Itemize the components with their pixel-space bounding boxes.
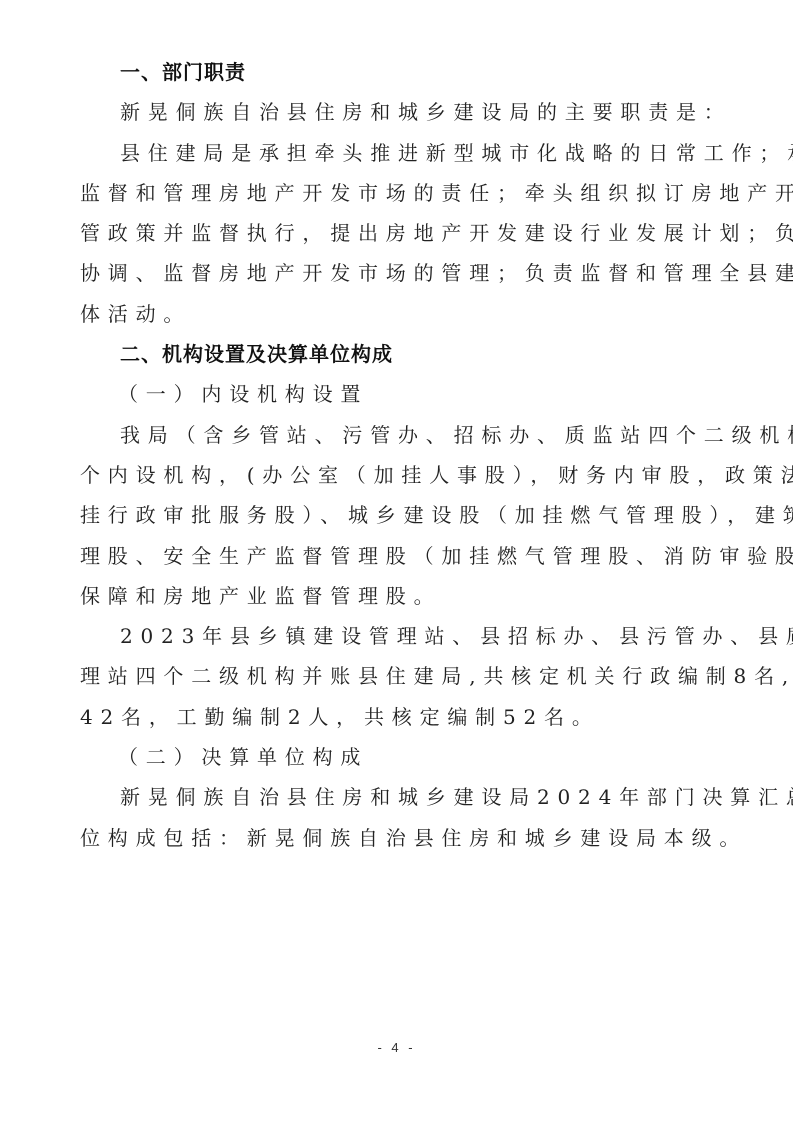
paragraph-line: 42名，工勤编制2人，共核定编制52名。 (80, 697, 714, 737)
subsection-heading-1: （一）内设机构设置 (80, 374, 714, 414)
paragraph-line: 协调、监督房地产开发市场的管理；负责监督和管理全县建筑市场主 (80, 253, 714, 293)
document-page: 一、部门职责 新晃侗族自治县住房和城乡建设局的主要职责是： 县住建局是承担牵头推… (80, 52, 714, 858)
paragraph-line: 理股、安全生产监督管理股（加挂燃气管理股、消防审验股）、住房 (80, 536, 714, 576)
paragraph-line: 管政策并监督执行，提出房地产开发建设行业发展计划；负责指导、 (80, 213, 714, 253)
paragraph-line: 保障和房地产业监督管理股。 (80, 576, 714, 616)
paragraph-line: 县住建局是承担牵头推进新型城市化战略的日常工作；承担规范、 (80, 133, 714, 173)
paragraph-line: 理站四个二级机构并账县住建局,共核定机关行政编制8名,事业编制 (80, 656, 714, 696)
paragraph-line: 2023年县乡镇建设管理站、县招标办、县污管办、县质量安全管 (80, 616, 714, 656)
section-heading-1: 一、部门职责 (80, 52, 714, 92)
paragraph-line: 监督和管理房地产开发市场的责任；牵头组织拟订房地产开发市场监 (80, 173, 714, 213)
page-number: - 4 - (0, 1040, 793, 1055)
subsection-heading-2: （二）决算单位构成 (80, 737, 714, 777)
paragraph-line: 体活动。 (80, 294, 714, 334)
paragraph-line: 新晃侗族自治县住房和城乡建设局2024年部门决算汇总公开单 (80, 777, 714, 817)
paragraph-line: 挂行政审批服务股）、城乡建设股（加挂燃气管理股），建筑工程管 (80, 495, 714, 535)
paragraph-line: 我局（含乡管站、污管办、招标办、质监站四个二级机构）内设8 (80, 415, 714, 455)
section-heading-2: 二、机构设置及决算单位构成 (80, 334, 714, 374)
paragraph-line: 新晃侗族自治县住房和城乡建设局的主要职责是： (80, 92, 714, 132)
paragraph-line: 个内设机构，(办公室（加挂人事股），财务内审股，政策法规股（加 (80, 455, 714, 495)
paragraph-line: 位构成包括：新晃侗族自治县住房和城乡建设局本级。 (80, 818, 714, 858)
